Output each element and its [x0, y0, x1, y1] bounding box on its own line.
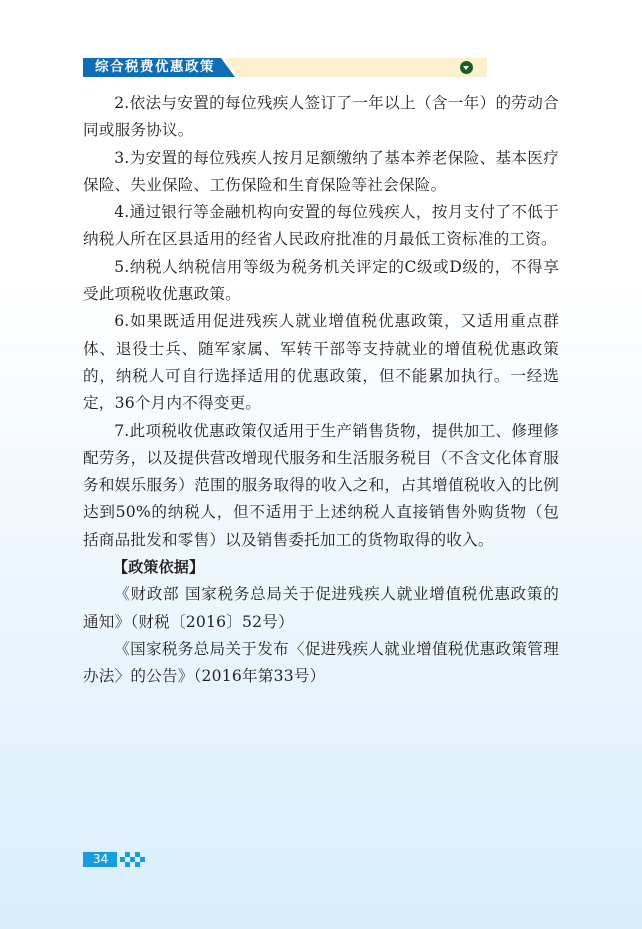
- page-content: 2.依法与安置的每位残疾人签订了一年以上（含一年）的劳动合同或服务协议。 3.为…: [83, 90, 559, 691]
- section-title: 综合税费优惠政策: [95, 59, 215, 76]
- paragraph-item-2: 2.依法与安置的每位残疾人签订了一年以上（含一年）的劳动合同或服务协议。: [83, 90, 559, 145]
- page-number: 34: [83, 852, 117, 867]
- paragraph-item-6: 6.如果既适用促进残疾人就业增值税优惠政策，又适用重点群体、退役士兵、随军家属、…: [83, 308, 559, 417]
- paragraph-item-3: 3.为安置的每位残疾人按月足额缴纳了基本养老保险、基本医疗保险、失业保险、工伤保…: [83, 145, 559, 200]
- paragraph-item-7: 7.此项税收优惠政策仅适用于生产销售货物，提供加工、修理修配劳务，以及提供营改增…: [83, 418, 559, 554]
- paragraph-item-5: 5.纳税人纳税信用等级为税务机关评定的C级或D级的，不得享受此项税收优惠政策。: [83, 254, 559, 309]
- paragraph-item-4: 4.通过银行等金融机构向安置的每位残疾人，按月支付了不低于纳税人所在区县适用的经…: [83, 199, 559, 254]
- policy-basis-heading: 【政策依据】: [83, 554, 559, 581]
- policy-basis-item: 《国家税务总局关于发布〈促进残疾人就业增值税优惠政策管理办法〉的公告》（2016…: [83, 636, 559, 691]
- chevron-down-circle-icon: [460, 61, 473, 74]
- checker-decoration-icon: [120, 852, 144, 867]
- policy-basis-item: 《财政部 国家税务总局关于促进残疾人就业增值税优惠政策的通知》（财税〔2016〕…: [83, 581, 559, 636]
- header-decor-bar: [224, 58, 487, 77]
- section-header-band: 综合税费优惠政策: [83, 58, 487, 77]
